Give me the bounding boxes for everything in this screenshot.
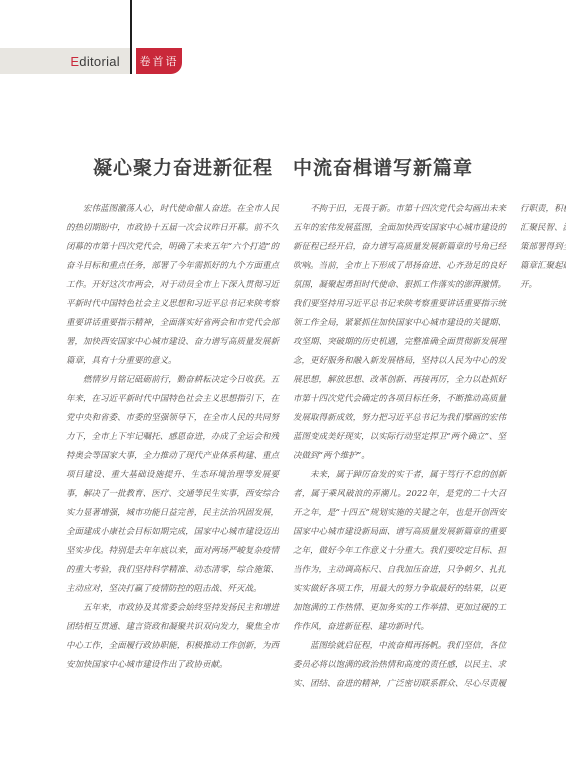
article-paragraph: 不拘于旧，无畏于新。市第十四次党代会勾画出未来五年的宏伟发展蓝图，全面加快西安国…: [293, 200, 506, 466]
section-label-rest: ditorial: [79, 54, 120, 69]
section-badge-chinese: 卷首语: [136, 48, 182, 74]
article-paragraph: 宏伟蓝图激荡人心，时代使命催人奋进。在全市人民的热切期盼中，市政协十五届一次会议…: [66, 200, 279, 371]
section-label-initial: E: [70, 54, 79, 69]
section-label-english: Editorial: [0, 48, 130, 74]
editorial-page: Editorial 卷首语 凝心聚力奋进新征程 中流奋楫谱写新篇章 宏伟蓝图激荡…: [0, 0, 566, 766]
article-body: 宏伟蓝图激荡人心，时代使命催人奋进。在全市人民的热切期盼中，市政协十五届一次会议…: [66, 200, 506, 694]
article-paragraph: 五年来，市政协及其常委会始终坚持发扬民主和增进团结相互贯通、建言资政和凝聚共识双…: [66, 599, 279, 675]
article-title: 凝心聚力奋进新征程 中流奋楫谱写新篇章: [33, 153, 533, 180]
article-paragraph: 未来，属于踔厉奋发的实干者，属于笃行不怠的创新者，属于乘风破浪的弄潮儿。2022…: [293, 466, 506, 637]
article-paragraph: 燃情岁月铭记砥砺前行，勤奋耕耘决定今日收获。五年来，在习近平新时代中国特色社会主…: [66, 371, 279, 599]
section-badge-label: 卷首语: [140, 53, 179, 69]
header-vertical-rule: [130, 0, 132, 74]
